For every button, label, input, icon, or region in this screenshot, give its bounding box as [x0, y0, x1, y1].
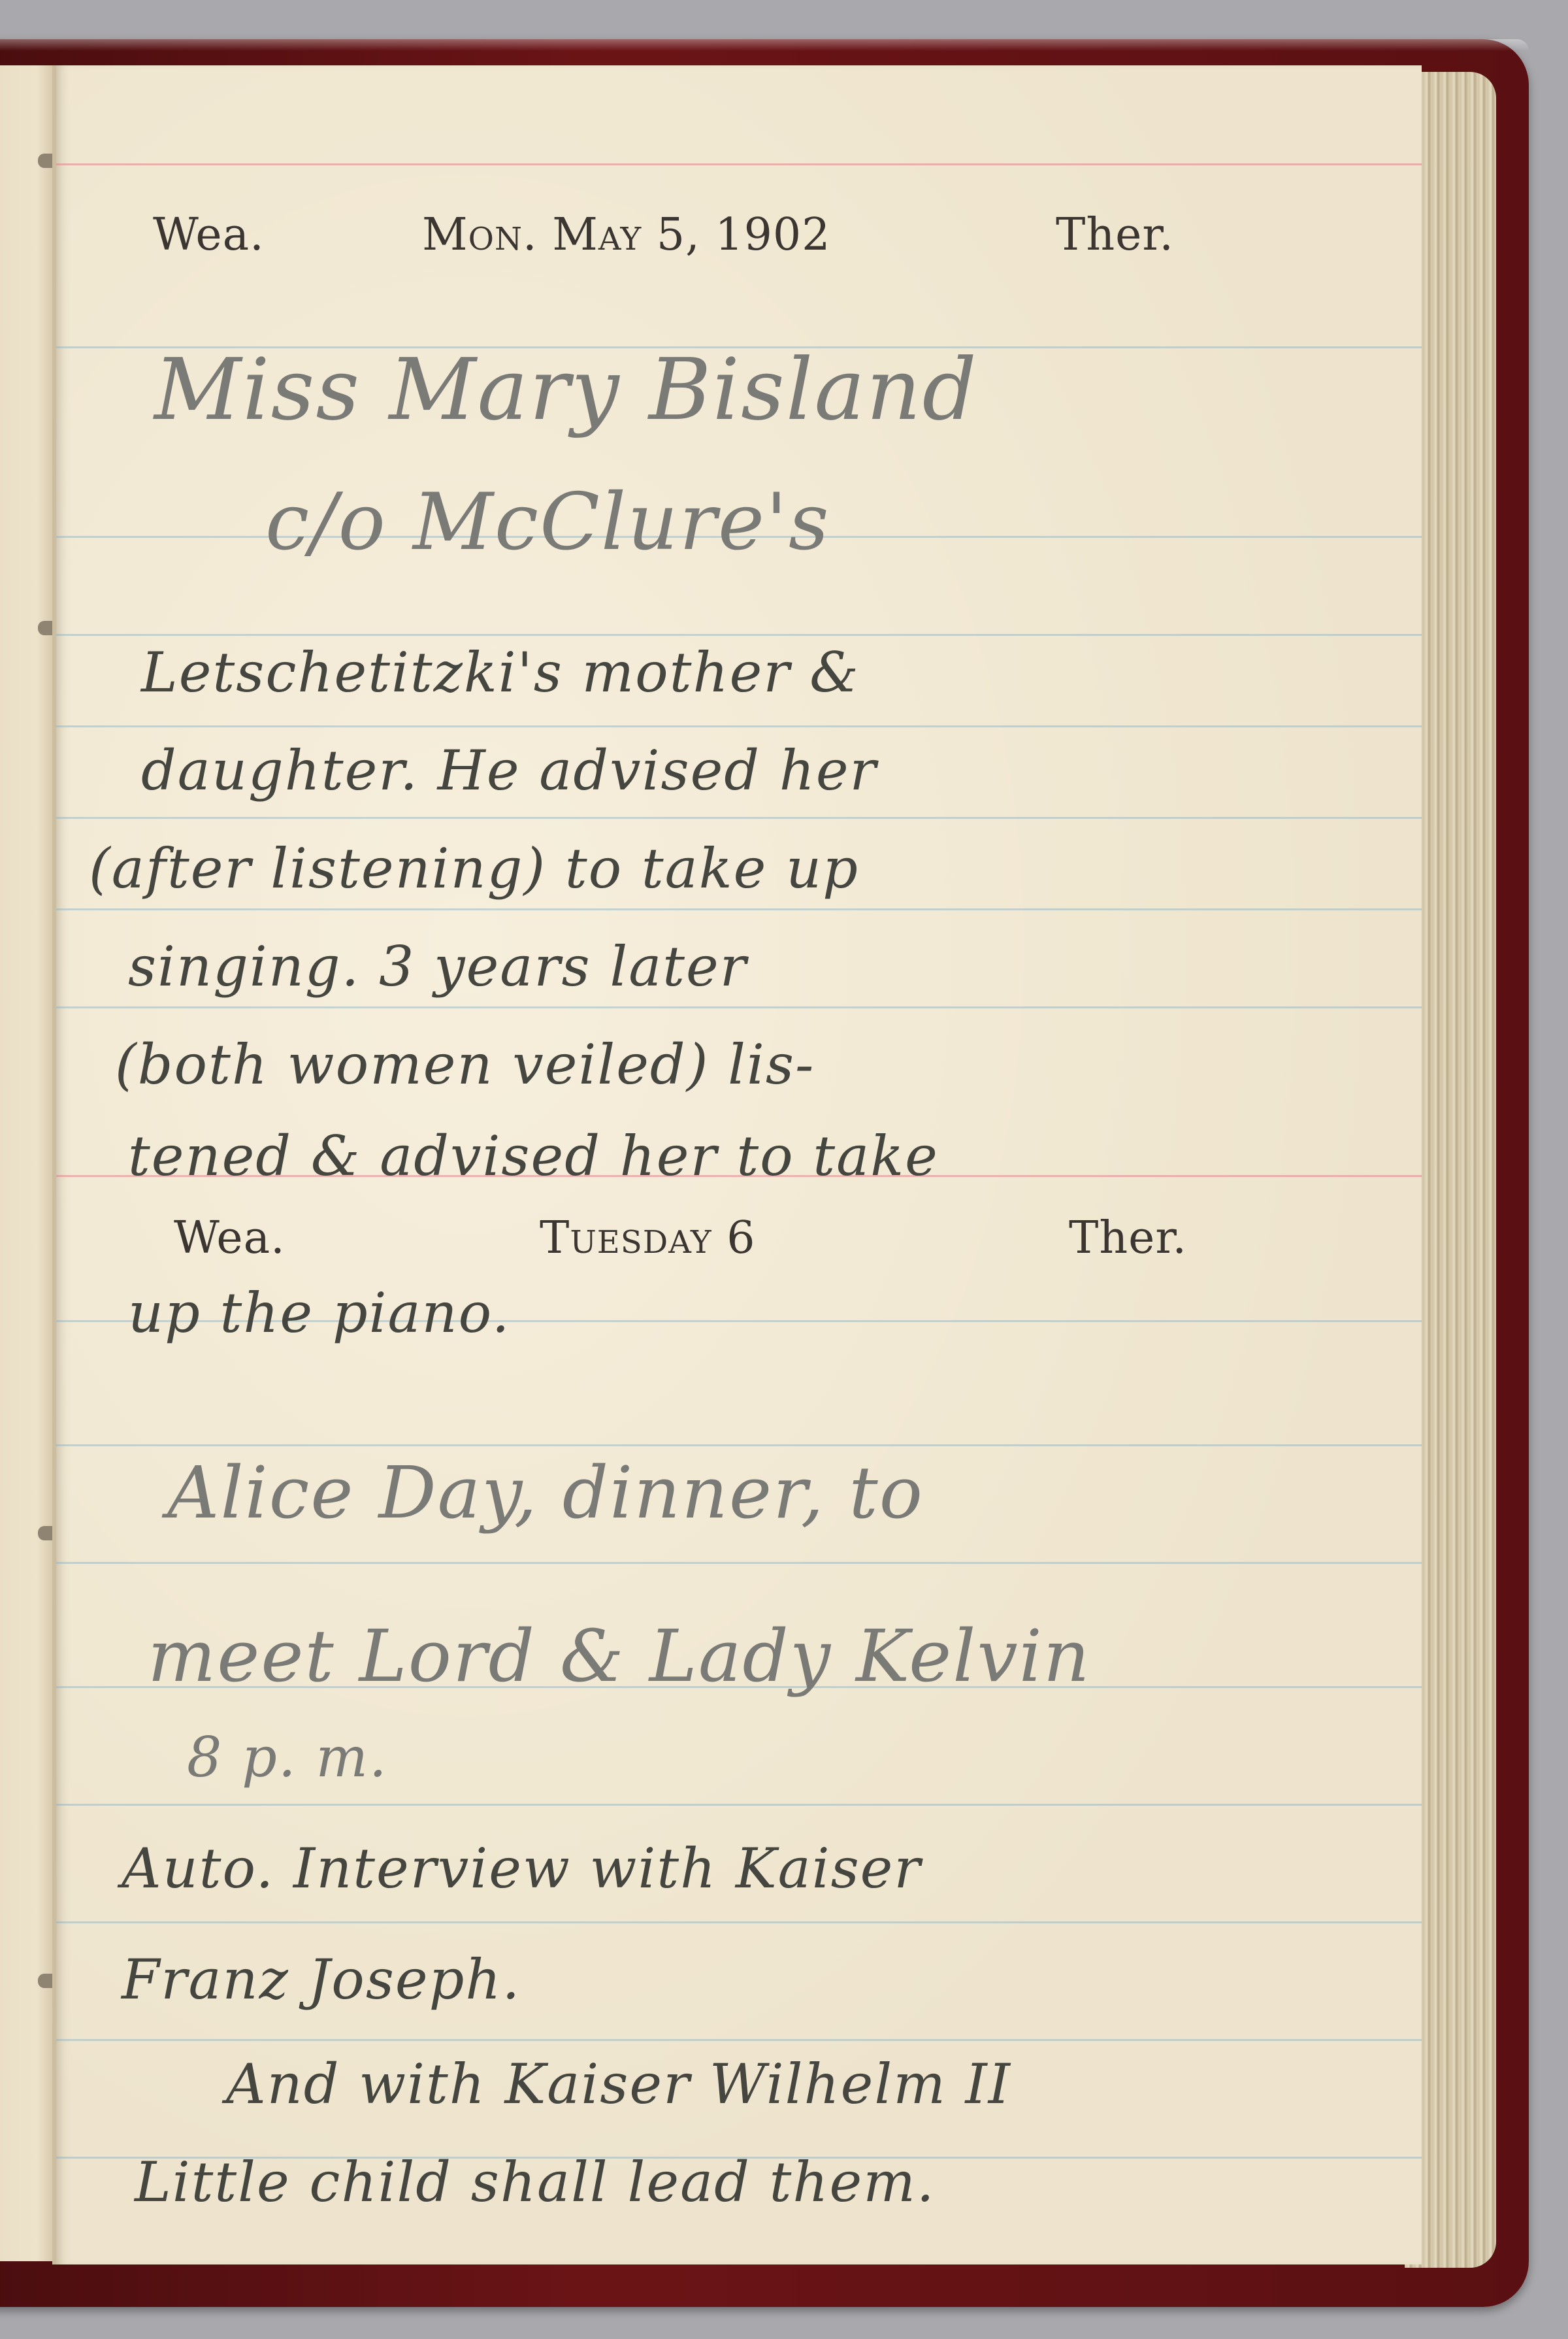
handwritten-line: meet Lord & Lady Kelvin [148, 1614, 1091, 1698]
handwritten-line: up the piano. [128, 1281, 510, 1345]
entry-date: Mon. May 5, 1902 [422, 209, 830, 261]
rule-line [56, 817, 1422, 819]
rule-line [56, 1804, 1422, 1806]
handwritten-line: Miss Mary Bisland [154, 340, 978, 439]
weather-label: Wea. [153, 209, 265, 261]
day-header-may-5: Wea. Mon. May 5, 1902 Ther. [56, 209, 1422, 268]
handwritten-line: Franz Joseph. [122, 1948, 521, 2012]
weather-label: Wea. [174, 1212, 286, 1264]
rule-line [56, 1921, 1422, 1923]
rule-line [56, 1006, 1422, 1008]
thermometer-label: Ther. [1069, 1212, 1187, 1264]
cover-highlight [0, 39, 1529, 51]
rule-line [56, 725, 1422, 727]
handwritten-line: c/o McClure's [265, 477, 830, 568]
day-header-tuesday-6: Wea. Tuesday 6 Ther. [56, 1212, 1422, 1271]
previous-page-edge [0, 65, 52, 2261]
handwritten-line: Auto. Interview with Kaiser [122, 1836, 922, 1900]
handwritten-line: Alice Day, dinner, to [167, 1451, 924, 1534]
entry-date: Tuesday 6 [540, 1212, 756, 1264]
handwritten-line: Little child shall lead them. [135, 2150, 936, 2214]
handwritten-line: singing. 3 years later [128, 935, 747, 999]
handwritten-line: tened & advised her to take [128, 1124, 939, 1188]
rule-line [56, 1562, 1422, 1564]
rule-line [56, 1444, 1422, 1446]
handwritten-line: 8 p. m. [187, 1725, 388, 1789]
handwritten-line: (after listening) to take up [89, 837, 859, 901]
handwritten-line: And with Kaiser Wilhelm II [226, 2052, 1011, 2116]
handwritten-line: (both women veiled) lis- [115, 1033, 815, 1097]
diary-page: Wea. Mon. May 5, 1902 Ther. Miss Mary Bi… [52, 65, 1422, 2264]
handwritten-line: daughter. He advised her [141, 738, 877, 803]
rule-line [56, 908, 1422, 910]
handwritten-line: Letschetitzki's mother & [141, 640, 860, 705]
rule-line [56, 634, 1422, 636]
red-rule-line [56, 163, 1422, 165]
rule-line [56, 2039, 1422, 2041]
thermometer-label: Ther. [1056, 209, 1174, 261]
